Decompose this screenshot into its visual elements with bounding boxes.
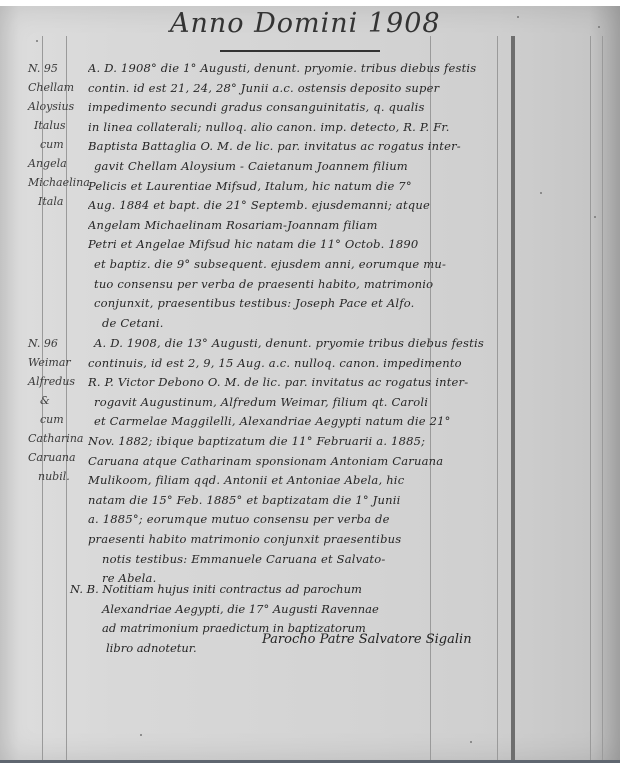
entry-line: Pelicis et Laurentiae Mifsud, Italum, hi… [88, 177, 508, 197]
margin-name: Alfredus [28, 372, 92, 391]
entry-line: tuo consensu per verba de praesenti habi… [88, 275, 508, 295]
column-rule-3 [590, 36, 591, 760]
entry-line: A. D. 1908° die 1° Augusti, denunt. pryo… [88, 59, 508, 79]
entry-line: in linea collaterali; nulloq. alio canon… [88, 118, 508, 138]
margin-name: Catharina [28, 429, 92, 448]
entry-line: Aug. 1884 et bapt. die 21° Septemb. ejus… [88, 196, 508, 216]
entry-line: Nov. 1882; ibique baptizatum die 11° Feb… [88, 432, 508, 452]
entry-line: Caruana atque Catharinam sponsionam Anto… [88, 452, 508, 472]
entry-line: conjunxit, praesentibus testibus: Joseph… [88, 294, 508, 314]
entry-line: contin. id est 21, 24, 28° Junii a.c. os… [88, 79, 508, 99]
nb-line: Alexandriae Aegypti, die 17° Augusti Rav… [70, 600, 530, 620]
entry-95-margin: N. 95 Chellam Aloysius Italus cum Angela… [28, 59, 92, 211]
margin-name: Caruana [28, 448, 92, 467]
entry-line: a. 1885°; eorumque mutuo consensu per ve… [88, 510, 508, 530]
entry-line: et baptiz. die 9° subsequent. ejusdem an… [88, 255, 508, 275]
entry-line: A. D. 1908, die 13° Augusti, denunt. pry… [88, 334, 508, 354]
paper-speck [594, 216, 596, 218]
nb-line: N. B. Notitiam hujus initi contractus ad… [70, 580, 530, 600]
entry-96-body: A. D. 1908, die 13° Augusti, denunt. pry… [88, 334, 508, 589]
register-page: Anno Domini 1908 N. 95 Chellam Aloysius … [0, 6, 620, 763]
margin-name: Chellam [28, 78, 92, 97]
entry-96-margin: N. 96 Weimar Alfredus & cum Catharina Ca… [28, 334, 92, 486]
paper-speck [540, 192, 542, 194]
margin-name: cum [28, 135, 92, 154]
column-rule-4 [602, 36, 603, 760]
margin-name: Weimar [28, 353, 92, 372]
entry-line: impedimento secundi gradus consanguinita… [88, 98, 508, 118]
entry-line: R. P. Victor Debono O. M. de lic. par. i… [88, 373, 508, 393]
margin-name: Italus [28, 116, 92, 135]
entry-line: natam die 15° Feb. 1885° et baptizatam d… [88, 491, 508, 511]
entry-line: gavit Chellam Aloysium - Caietanum Joann… [88, 157, 508, 177]
entry-line: Angelam Michaelinam Rosariam-Joannam fil… [88, 216, 508, 236]
entry-line: notis testibus: Emmanuele Caruana et Sal… [88, 550, 508, 570]
entry-line: praesenti habito matrimonio conjunxit pr… [88, 530, 508, 550]
entry-line: rogavit Augustinum, Alfredum Weimar, fil… [88, 393, 508, 413]
entry-number: N. 96 [28, 334, 92, 353]
entry-line: Mulikoom, filiam qqd. Antonii et Antonia… [88, 471, 508, 491]
margin-name: Michaelina [28, 173, 92, 192]
margin-name: cum [28, 410, 92, 429]
margin-name: Aloysius [28, 97, 92, 116]
entry-line: de Cetani. [88, 314, 508, 334]
entry-95-body: A. D. 1908° die 1° Augusti, denunt. pryo… [88, 59, 508, 333]
entry-line: Petri et Angelae Mifsud hic natam die 11… [88, 235, 508, 255]
paper-speck [598, 26, 600, 28]
paper-speck [470, 741, 472, 743]
entry-line: et Carmelae Maggilelli, Alexandriae Aegy… [88, 412, 508, 432]
margin-name: Itala [28, 192, 92, 211]
page-header: Anno Domini 1908 [170, 8, 441, 39]
entry-number: N. 95 [28, 59, 92, 78]
priest-signature: Parocho Patre Salvatore Sigalin [262, 632, 472, 647]
entry-line: continuis, id est 2, 9, 15 Aug. a.c. nul… [88, 354, 508, 374]
entry-line: Baptista Battaglia O. M. de lic. par. in… [88, 137, 508, 157]
paper-speck [36, 40, 38, 42]
paper-speck [517, 16, 519, 18]
margin-name: nubil. [28, 467, 92, 486]
margin-name: Angela [28, 154, 92, 173]
margin-name: & [28, 391, 92, 410]
header-underline [220, 50, 380, 52]
paper-speck [140, 734, 142, 736]
